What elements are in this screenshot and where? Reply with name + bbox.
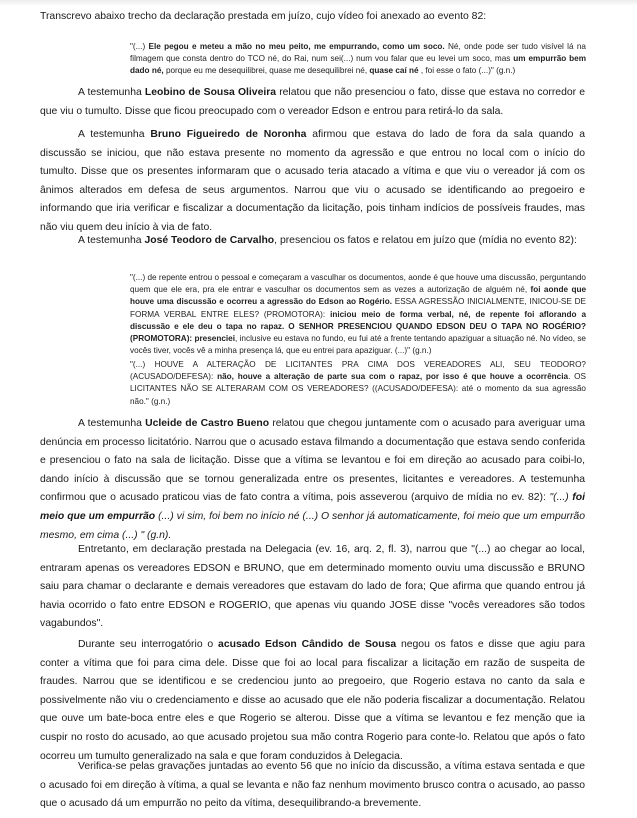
text: negou os fatos e disse que agiu para con… <box>40 639 585 762</box>
text: "(...) de repente entrou o pessoal e com… <box>130 273 586 294</box>
text: A testemunha <box>78 418 145 429</box>
witness-name: Ucleide de Castro Bueno <box>145 418 269 429</box>
paragraph-interrogatorio: Durante seu interrogatório o acusado Eds… <box>40 636 585 766</box>
paragraph-bruno: A testemunha Bruno Figueiredo de Noronha… <box>40 126 585 238</box>
witness-name: Leobino de Sousa Oliveira <box>145 87 276 98</box>
intro-paragraph: Transcrevo abaixo trecho da declaração p… <box>40 8 585 27</box>
paragraph-jose: A testemunha José Teodoro de Carvalho, p… <box>40 232 585 251</box>
italic-text: "(...) <box>549 492 572 503</box>
text: "(...) <box>130 42 149 51</box>
paragraph-gravacoes: Verifica-se pelas gravações juntadas ao … <box>40 758 585 814</box>
paragraph-ucleide: A testemunha Ucleide de Castro Bueno rel… <box>40 415 585 545</box>
witness-name: José Teodoro de Carvalho <box>144 235 274 246</box>
defendant-name: acusado Edson Cândido de Sousa <box>218 639 396 650</box>
bold-text: quase caí né <box>369 66 418 75</box>
text: A testemunha <box>78 129 150 140</box>
quote-jose-1: "(...) de repente entrou o pessoal e com… <box>130 272 586 357</box>
paragraph-delegacia: Entretanto, em declaração prestada na De… <box>40 541 585 634</box>
text: Entretanto, em declaração prestada na De… <box>40 544 585 629</box>
text: Durante seu interrogatório o <box>78 639 218 650</box>
text: , foi esse o fato (...)" (g.n.) <box>419 66 516 75</box>
text: porque eu me desequilibrei, quase me des… <box>164 66 370 75</box>
text: relatou que chegou juntamente com o acus… <box>40 418 585 503</box>
witness-name: Bruno Figueiredo de Noronha <box>150 129 306 140</box>
text: Verifica-se pelas gravações juntadas ao … <box>40 761 585 809</box>
bold-text: Ele pegou e meteu a mão no meu peito, me… <box>149 42 445 51</box>
paragraph-leobino: A testemunha Leobino de Sousa Oliveira r… <box>40 84 585 121</box>
bold-text: não, houve a alteração de parte sua com … <box>217 372 568 381</box>
page-top-shadow <box>0 0 637 6</box>
quote-jose-2: "(...) HOUVE A ALTERAÇÃO DE LICITANTES P… <box>130 359 586 408</box>
quote-victim: "(...) Ele pegou e meteu a mão no meu pe… <box>130 41 586 78</box>
text: A testemunha <box>78 87 145 98</box>
text: afirmou que estava do lado de fora da sa… <box>40 129 585 233</box>
text: , presenciou os fatos e relatou em juízo… <box>274 235 577 246</box>
text: A testemunha <box>78 235 144 246</box>
intro-text: Transcrevo abaixo trecho da declaração p… <box>40 11 486 22</box>
